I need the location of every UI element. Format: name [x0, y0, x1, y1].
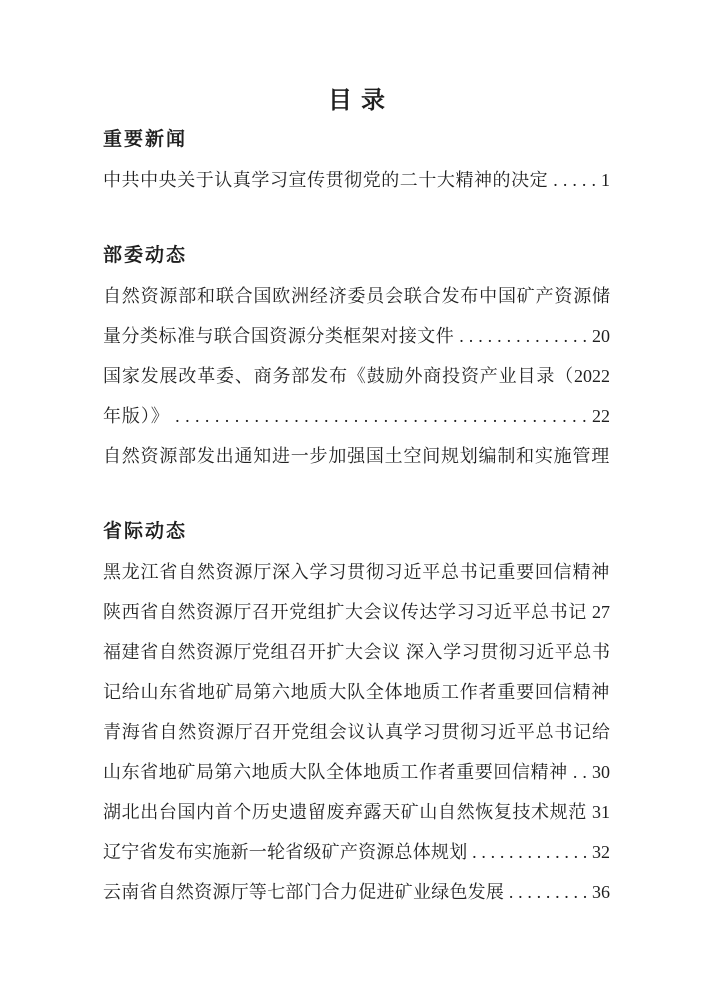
- toc-page: 目录 重要新闻 中共中央关于认真学习宣传贯彻党的二十大精神的决定 . . . .…: [0, 0, 713, 994]
- section-provincial-news: 省际动态 黑龙江省自然资源厅深入学习贯彻习近平总书记重要回信精神 25 陕西省自…: [103, 520, 610, 912]
- page-number: 30: [592, 762, 610, 782]
- section-entries: 黑龙江省自然资源厅深入学习贯彻习近平总书记重要回信精神 25 陕西省自然资源厅召…: [103, 552, 610, 912]
- toc-entry-line: 中共中央关于认真学习宣传贯彻党的二十大精神的决定 . . . . . 1: [103, 160, 610, 200]
- toc-entry-line: 年版）》 . . . . . . . . . . . . . . . . . .…: [103, 396, 610, 436]
- entry-text: 陕西省自然资源厅召开党组扩大会议传达学习习近平总书记: [103, 602, 587, 622]
- entry-text: 国家发展改革委、商务部发布《鼓励外商投资产业目录（2022: [103, 366, 610, 386]
- toc-entry-line: 记给山东省地矿局第六地质大队全体地质工作者重要回信精神 28: [103, 672, 610, 712]
- toc-entry-line: 自然资源部发出通知进一步加强国土空间规划编制和实施管理 23: [103, 436, 610, 476]
- entry-text: 山东省地矿局第六地质大队全体地质工作者重要回信精神: [103, 762, 568, 782]
- section-heading: 重要新闻: [103, 128, 610, 152]
- dot-leader: . . . . .: [553, 170, 596, 190]
- toc-entry-line: 量分类标准与联合国资源分类框架对接文件 . . . . . . . . . . …: [103, 316, 610, 356]
- dot-leader: . . . . . . . . .: [509, 882, 587, 902]
- toc-entry-line: 辽宁省发布实施新一轮省级矿产资源总体规划 . . . . . . . . . .…: [103, 832, 610, 872]
- toc-entry-line: 黑龙江省自然资源厅深入学习贯彻习近平总书记重要回信精神 25: [103, 552, 610, 592]
- entry-text: 量分类标准与联合国资源分类框架对接文件: [103, 326, 454, 346]
- page-number: 36: [592, 882, 610, 902]
- toc-entry-line: 福建省自然资源厅党组召开扩大会议 深入学习贯彻习近平总书: [103, 632, 610, 672]
- toc-entry-line: 自然资源部和联合国欧洲经济委员会联合发布中国矿产资源储: [103, 276, 610, 316]
- dot-leader: . .: [573, 762, 587, 782]
- section-entries: 自然资源部和联合国欧洲经济委员会联合发布中国矿产资源储 量分类标准与联合国资源分…: [103, 276, 610, 476]
- entry-text: 自然资源部发出通知进一步加强国土空间规划编制和实施管理: [103, 446, 610, 466]
- toc-entry-line: 国家发展改革委、商务部发布《鼓励外商投资产业目录（2022: [103, 356, 610, 396]
- page-number: 22: [592, 406, 610, 426]
- section-entries: 中共中央关于认真学习宣传贯彻党的二十大精神的决定 . . . . . 1: [103, 160, 610, 200]
- toc-entry-line: 陕西省自然资源厅召开党组扩大会议传达学习习近平总书记 27: [103, 592, 610, 632]
- page-number: 27: [592, 602, 610, 622]
- section-important-news: 重要新闻 中共中央关于认真学习宣传贯彻党的二十大精神的决定 . . . . . …: [103, 128, 610, 200]
- section-heading: 省际动态: [103, 520, 610, 544]
- page-number: 31: [592, 802, 610, 822]
- toc-entry-line: 湖北出台国内首个历史遗留废弃露天矿山自然恢复技术规范 31: [103, 792, 610, 832]
- entry-text: 中共中央关于认真学习宣传贯彻党的二十大精神的决定: [103, 170, 548, 190]
- entry-text: 青海省自然资源厅召开党组会议认真学习贯彻习近平总书记给: [103, 722, 610, 742]
- page-title: 目录: [103, 86, 610, 116]
- page-number: 20: [592, 326, 610, 346]
- page-number: 1: [601, 170, 610, 190]
- dot-leader: . . . . . . . . . . . . .: [472, 842, 587, 862]
- entry-text: 黑龙江省自然资源厅深入学习贯彻习近平总书记重要回信精神: [103, 562, 610, 582]
- page-number: 32: [592, 842, 610, 862]
- dot-leader: . . . . . . . . . . . . . .: [459, 326, 587, 346]
- entry-text: 云南省自然资源厅等七部门合力促进矿业绿色发展: [103, 882, 504, 902]
- entry-text: 年版）》: [103, 406, 170, 426]
- entry-text: 湖北出台国内首个历史遗留废弃露天矿山自然恢复技术规范: [103, 802, 587, 822]
- toc-entry-line: 云南省自然资源厅等七部门合力促进矿业绿色发展 . . . . . . . . .…: [103, 872, 610, 912]
- toc-entry-line: 青海省自然资源厅召开党组会议认真学习贯彻习近平总书记给: [103, 712, 610, 752]
- entry-text: 记给山东省地矿局第六地质大队全体地质工作者重要回信精神: [103, 682, 610, 702]
- entry-text: 自然资源部和联合国欧洲经济委员会联合发布中国矿产资源储: [103, 286, 610, 306]
- entry-text: 福建省自然资源厅党组召开扩大会议 深入学习贯彻习近平总书: [103, 642, 610, 662]
- section-ministry-news: 部委动态 自然资源部和联合国欧洲经济委员会联合发布中国矿产资源储 量分类标准与联…: [103, 244, 610, 476]
- dot-leader: . . . . . . . . . . . . . . . . . . . . …: [175, 406, 586, 426]
- section-heading: 部委动态: [103, 244, 610, 268]
- entry-text: 辽宁省发布实施新一轮省级矿产资源总体规划: [103, 842, 467, 862]
- toc-entry-line: 山东省地矿局第六地质大队全体地质工作者重要回信精神 . . 30: [103, 752, 610, 792]
